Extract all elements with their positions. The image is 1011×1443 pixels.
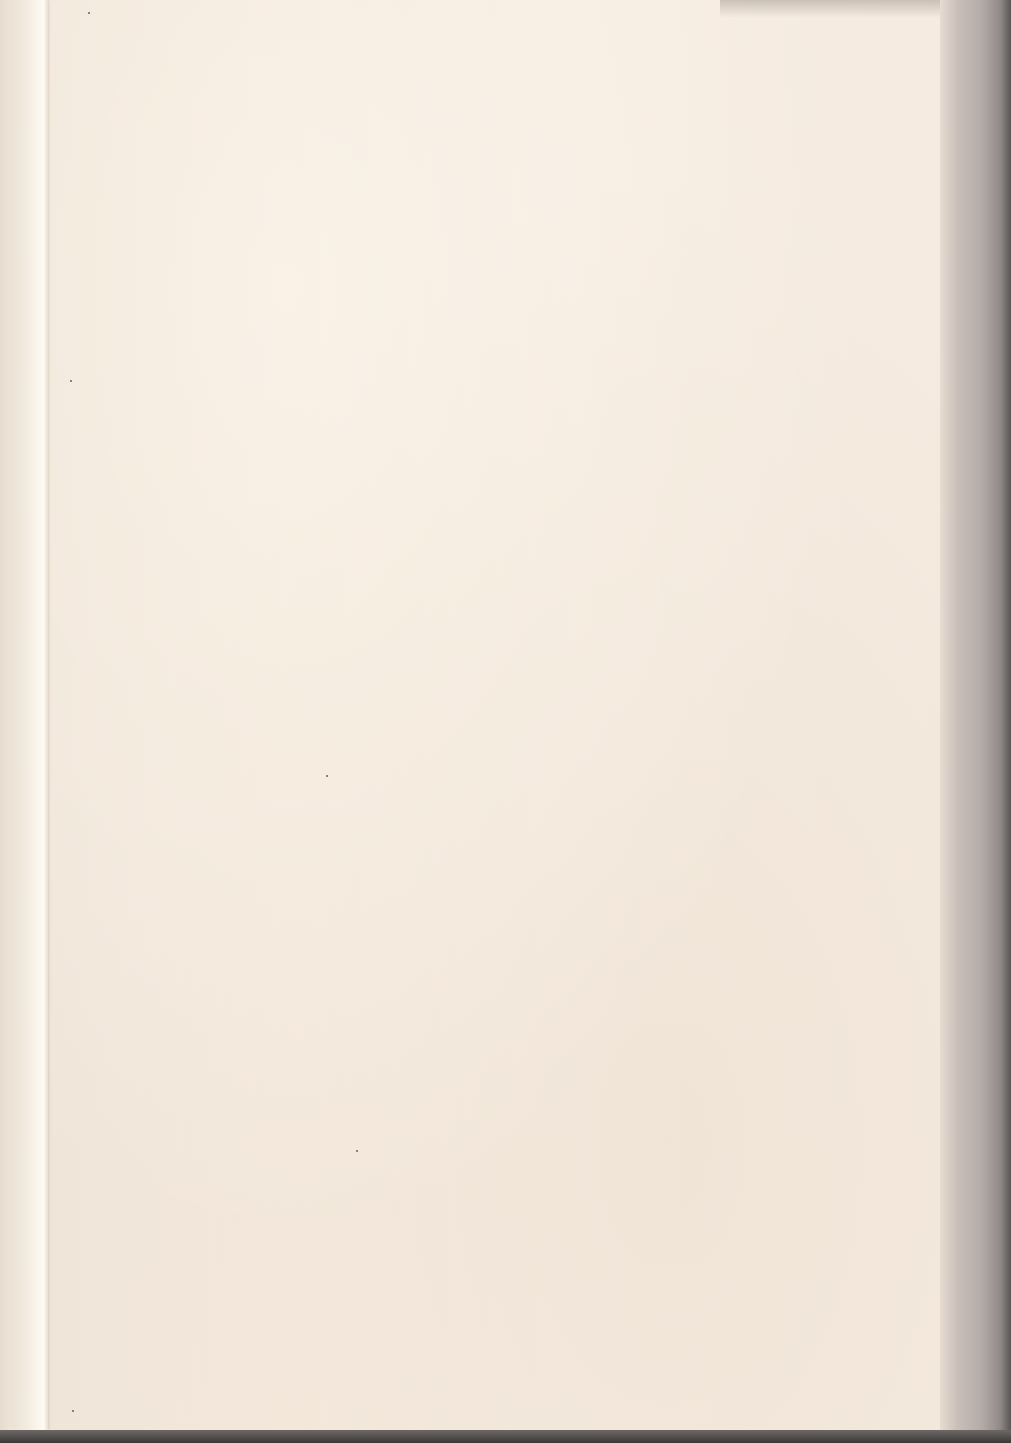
book-scan bbox=[0, 0, 1011, 1443]
speck bbox=[70, 380, 72, 382]
spine-edge bbox=[0, 0, 12, 1430]
bottom-shadow-edge bbox=[0, 1430, 1011, 1443]
speck bbox=[356, 1150, 358, 1152]
book-cover bbox=[0, 0, 955, 1432]
cover-hinge bbox=[12, 0, 48, 1430]
top-wear-smudge bbox=[720, 0, 960, 18]
speck bbox=[72, 1410, 74, 1412]
speck bbox=[326, 775, 328, 777]
speck bbox=[88, 12, 90, 14]
right-shadow-edge bbox=[940, 0, 1011, 1443]
